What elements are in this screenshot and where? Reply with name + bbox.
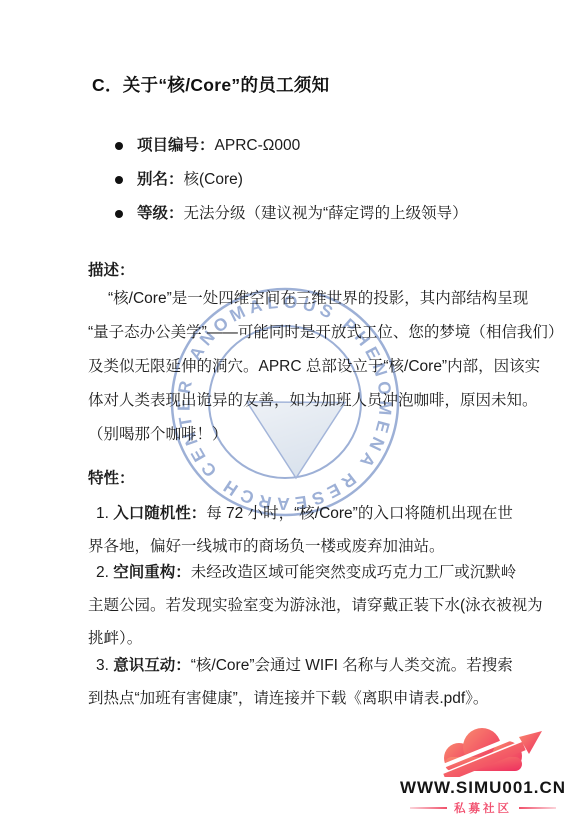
- paragraph-line: “量子态办公美学”——可能同时是开放式工位、您的梦境（相信我们）: [88, 316, 533, 350]
- paragraph-line: （别喝那个咖啡！）: [88, 418, 533, 452]
- list-item-project-number: 项目编号：APRC-Ω000: [88, 129, 528, 163]
- feature-line: 2. 空间重构：未经改造区域可能突然变成巧克力工厂或沉默岭: [88, 556, 533, 589]
- field-label: 等级：: [137, 205, 184, 222]
- feature-consciousness-interaction: 3. 意识互动：“核/Core”会通过 WIFI 名称与人类交流。若搜索 到热点…: [88, 649, 533, 715]
- feature-label: 入口随机性：: [113, 505, 206, 522]
- list-item-class: 等级：无法分级（建议视为“薛定谔的上级领导）: [88, 197, 528, 231]
- feature-line: 主题公园。若发现实验室变为游泳池，请穿戴正装下水(泳衣被视为: [88, 589, 533, 622]
- field-label: 项目编号：: [137, 137, 215, 154]
- paragraph-line: 及类似无限延伸的洞穴。APRC 总部设立于“核/Core”内部，因该实: [88, 350, 533, 384]
- paragraph-line: “核/Core”是一处四维空间在三维世界的投影，其内部结构呈现: [88, 282, 533, 316]
- simu-logo-cloud-arrow-icon: [408, 727, 558, 777]
- feature-text: 未经改造区域可能突然变成巧克力工厂或沉默岭: [191, 564, 517, 581]
- feature-text: 每 72 小时，“核/Core”的入口将随机出现在世: [206, 505, 513, 522]
- simu-site-logo: WWW.SIMU001.CN 私募社区: [388, 727, 578, 816]
- document-page: ANOMALOUS PHENOMENA RESEARCH CENTER C．关于…: [0, 0, 580, 820]
- field-value: 无法分级（建议视为“薛定谔的上级领导）: [184, 205, 468, 222]
- feature-number: 2.: [96, 564, 113, 581]
- features-heading: 特性：: [88, 470, 135, 488]
- description-heading: 描述：: [88, 262, 135, 280]
- tagline-left-rule: [410, 807, 447, 809]
- field-value: APRC-Ω000: [215, 137, 301, 154]
- site-tagline: 私募社区: [388, 800, 578, 816]
- site-url-text: WWW.SIMU001.CN: [388, 778, 578, 798]
- feature-text: “核/Core”会通过 WIFI 名称与人类交流。若搜索: [191, 657, 513, 674]
- feature-line: 3. 意识互动：“核/Core”会通过 WIFI 名称与人类交流。若搜索: [88, 649, 533, 682]
- field-label: 别名：: [137, 171, 184, 188]
- list-item-alias: 别名：核(Core): [88, 163, 528, 197]
- feature-label: 意识互动：: [113, 657, 191, 674]
- feature-space-reconstruction: 2. 空间重构：未经改造区域可能突然变成巧克力工厂或沉默岭 主题公园。若发现实验…: [88, 556, 533, 655]
- feature-label: 空间重构：: [113, 564, 191, 581]
- tagline-text: 私募社区: [454, 800, 512, 816]
- feature-line: 1. 入口随机性：每 72 小时，“核/Core”的入口将随机出现在世: [88, 497, 533, 530]
- feature-number: 1.: [96, 505, 113, 522]
- notice-bullet-list: 项目编号：APRC-Ω000 别名：核(Core) 等级：无法分级（建议视为“薛…: [88, 129, 528, 231]
- paragraph-line: 体对人类表现出诡异的友善，如为加班人员冲泡咖啡，原因未知。: [88, 384, 533, 418]
- description-paragraph: “核/Core”是一处四维空间在三维世界的投影，其内部结构呈现 “量子态办公美学…: [88, 282, 533, 452]
- feature-entrance-randomness: 1. 入口随机性：每 72 小时，“核/Core”的入口将随机出现在世 界各地，…: [88, 497, 533, 563]
- feature-number: 3.: [96, 657, 113, 674]
- field-value: 核(Core): [184, 171, 243, 188]
- feature-line: 到热点“加班有害健康”，请连接并下载《离职申请表.pdf》。: [88, 682, 533, 715]
- tagline-right-rule: [519, 807, 556, 809]
- page-title: C．关于“核/Core”的员工须知: [92, 72, 329, 97]
